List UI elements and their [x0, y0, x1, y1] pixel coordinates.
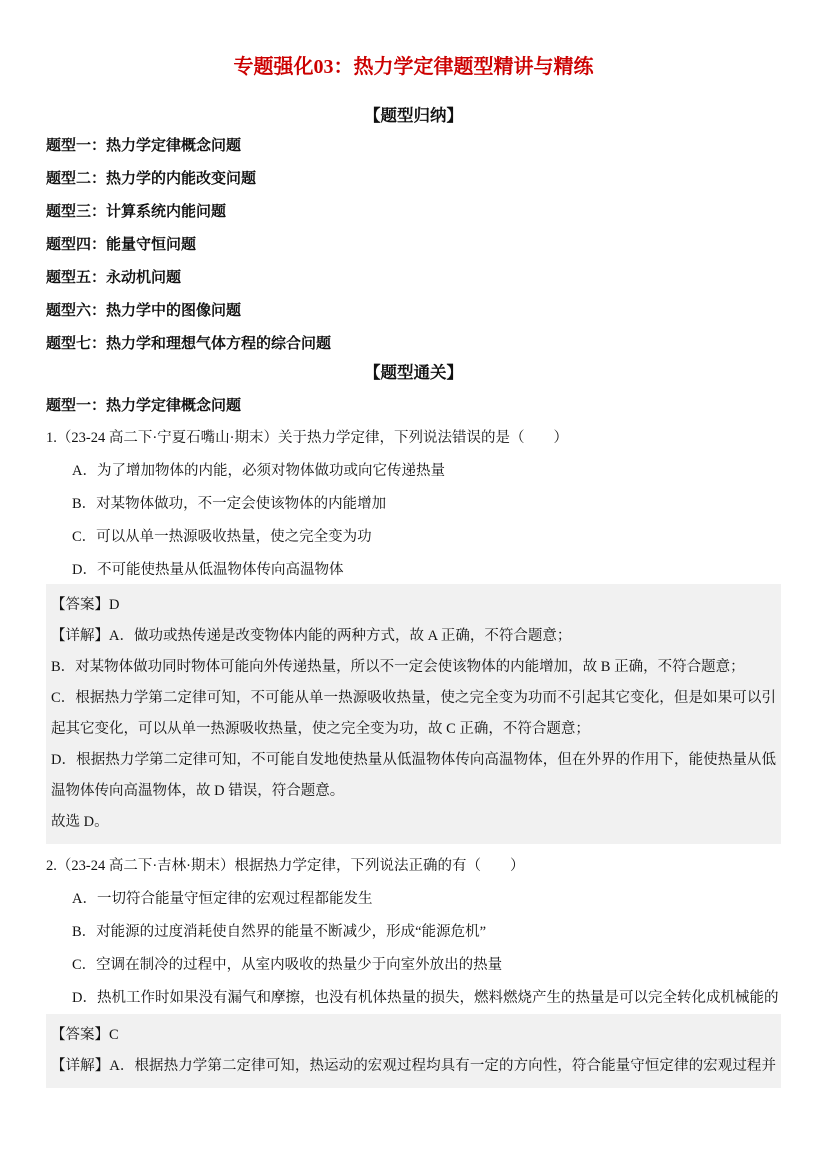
- explanation-line: D．根据热力学第二定律可知，不可能自发地使热量从低温物体传向高温物体，但在外界的…: [51, 745, 776, 776]
- page-title: 专题强化03：热力学定律题型精讲与精练: [46, 0, 781, 82]
- section-heading-summary: 【题型归纳】: [46, 104, 781, 128]
- question-1-answer-block: 【答案】D 【详解】A．做功或热传递是改变物体内能的两种方式，故 A 正确，不符…: [46, 584, 781, 844]
- answer-label-line: 【答案】D: [51, 590, 776, 621]
- type-list-item-2: 题型二：热力学的内能改变问题: [46, 169, 781, 189]
- question-1-option-b: B．对某物体做功，不一定会使该物体的内能增加: [46, 494, 781, 514]
- explanation-line: 温物体传向高温物体，故 D 错误，符合题意。: [51, 776, 776, 807]
- answer-label-line: 【答案】C: [51, 1020, 776, 1051]
- question-2-stem: 2.（23-24 高二下·吉林·期末）根据热力学定律，下列说法正确的有（ ）: [46, 856, 781, 876]
- question-1-stem: 1.（23-24 高二下·宁夏石嘴山·期末）关于热力学定律，下列说法错误的是（ …: [46, 428, 781, 448]
- question-2-option-c: C．空调在制冷的过程中，从室内吸收的热量少于向室外放出的热量: [46, 955, 781, 975]
- question-2-option-d: D．热机工作时如果没有漏气和摩擦，也没有机体热量的损失，燃料燃烧产生的热量是可以…: [46, 988, 781, 1008]
- answer-choice-line: 故选 D。: [51, 807, 776, 838]
- type-list-item-6: 题型六：热力学中的图像问题: [46, 301, 781, 321]
- question-1-option-c: C．可以从单一热源吸收热量，使之完全变为功: [46, 527, 781, 547]
- explanation-line: B．对某物体做功同时物体可能向外传递热量，所以不一定会使该物体的内能增加，故 B…: [51, 652, 776, 683]
- explanation-line: 【详解】A．做功或热传递是改变物体内能的两种方式，故 A 正确，不符合题意；: [51, 621, 776, 652]
- section-heading-practice: 【题型通关】: [46, 362, 781, 384]
- document-page: 专题强化03：热力学定律题型精讲与精练 【题型归纳】 题型一：热力学定律概念问题…: [0, 0, 827, 1169]
- question-1-option-a: A．为了增加物体的内能，必须对物体做功或向它传递热量: [46, 461, 781, 481]
- question-2: 2.（23-24 高二下·吉林·期末）根据热力学定律，下列说法正确的有（ ） A…: [46, 856, 781, 1008]
- explanation-line: 【详解】A．根据热力学第二定律可知，热运动的宏观过程均具有一定的方向性，符合能量…: [51, 1051, 776, 1082]
- type-list-item-4: 题型四：能量守恒问题: [46, 235, 781, 255]
- question-1-option-d: D．不可能使热量从低温物体传向高温物体: [46, 560, 781, 580]
- type-list: 题型一：热力学定律概念问题 题型二：热力学的内能改变问题 题型三：计算系统内能问…: [46, 136, 781, 354]
- type-list-item-3: 题型三：计算系统内能问题: [46, 202, 781, 222]
- question-2-option-a: A．一切符合能量守恒定律的宏观过程都能发生: [46, 889, 781, 909]
- explanation-line: 起其它变化，可以从单一热源吸收热量，使之完全变为功，故 C 正确，不符合题意；: [51, 714, 776, 745]
- type-list-item-5: 题型五：永动机问题: [46, 268, 781, 288]
- question-2-option-b: B．对能源的过度消耗使自然界的能量不断减少，形成“能源危机”: [46, 922, 781, 942]
- question-1: 1.（23-24 高二下·宁夏石嘴山·期末）关于热力学定律，下列说法错误的是（ …: [46, 428, 781, 580]
- explanation-line: C．根据热力学第二定律可知，不可能从单一热源吸收热量，使之完全变为功而不引起其它…: [51, 683, 776, 714]
- type-list-item-7: 题型七：热力学和理想气体方程的综合问题: [46, 334, 781, 354]
- question-2-answer-block: 【答案】C 【详解】A．根据热力学第二定律可知，热运动的宏观过程均具有一定的方向…: [46, 1014, 781, 1088]
- type-list-item-1: 题型一：热力学定律概念问题: [46, 136, 781, 156]
- practice-subheading: 题型一：热力学定律概念问题: [46, 396, 781, 416]
